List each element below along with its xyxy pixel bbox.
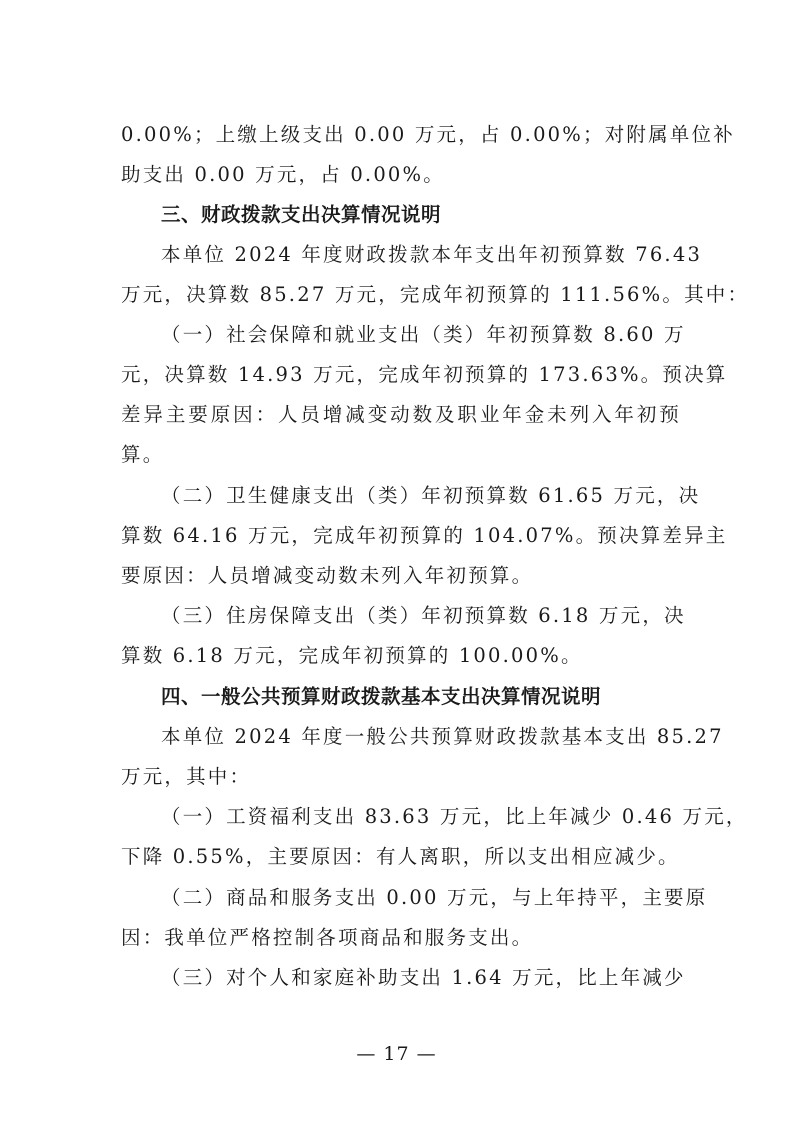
paragraph-line: 万元，其中： [121, 762, 681, 792]
section-heading: 四、一般公共预算财政拨款基本支出决算情况说明 [161, 682, 681, 712]
paragraph-line: 万元，决算数 85.27 万元，完成年初预算的 111.56%。其中： [121, 280, 681, 310]
page-number: — 17 — [0, 1041, 793, 1067]
paragraph-line: 算数 64.16 万元，完成年初预算的 104.07%。预决算差异主 [121, 521, 681, 551]
document-page: 0.00%；上缴上级支出 0.00 万元，占 0.00%；对附属单位补助支出 0… [0, 0, 793, 1122]
paragraph-line: （三）住房保障支出（类）年初预算数 6.18 万元，决 [161, 601, 681, 631]
paragraph-line: 本单位 2024 年度一般公共预算财政拨款基本支出 85.27 [161, 722, 681, 752]
paragraph-line: 元，决算数 14.93 万元，完成年初预算的 173.63%。预决算 [121, 360, 681, 390]
paragraph-line: （二）卫生健康支出（类）年初预算数 61.65 万元，决 [161, 481, 681, 511]
paragraph-line: 算。 [121, 440, 681, 470]
paragraph-line: （三）对个人和家庭补助支出 1.64 万元，比上年减少 [161, 963, 681, 993]
paragraph-line: （一）社会保障和就业支出（类）年初预算数 8.60 万 [161, 320, 681, 350]
paragraph-line: 差异主要原因：人员增减变动数及职业年金未列入年初预 [121, 400, 681, 430]
paragraph-line: （二）商品和服务支出 0.00 万元，与上年持平，主要原 [161, 883, 681, 913]
paragraph-line: 因：我单位严格控制各项商品和服务支出。 [121, 923, 681, 953]
paragraph-line: （一）工资福利支出 83.63 万元，比上年减少 0.46 万元， [161, 802, 681, 832]
paragraph-line: 算数 6.18 万元，完成年初预算的 100.00%。 [121, 641, 681, 671]
paragraph-line: 下降 0.55%，主要原因：有人离职，所以支出相应减少。 [121, 842, 681, 872]
section-heading: 三、财政拨款支出决算情况说明 [161, 200, 681, 230]
paragraph-line: 本单位 2024 年度财政拨款本年支出年初预算数 76.43 [161, 240, 681, 270]
paragraph-line: 助支出 0.00 万元，占 0.00%。 [121, 160, 681, 190]
paragraph-line: 0.00%；上缴上级支出 0.00 万元，占 0.00%；对附属单位补 [121, 120, 681, 150]
paragraph-line: 要原因：人员增减变动数未列入年初预算。 [121, 561, 681, 591]
